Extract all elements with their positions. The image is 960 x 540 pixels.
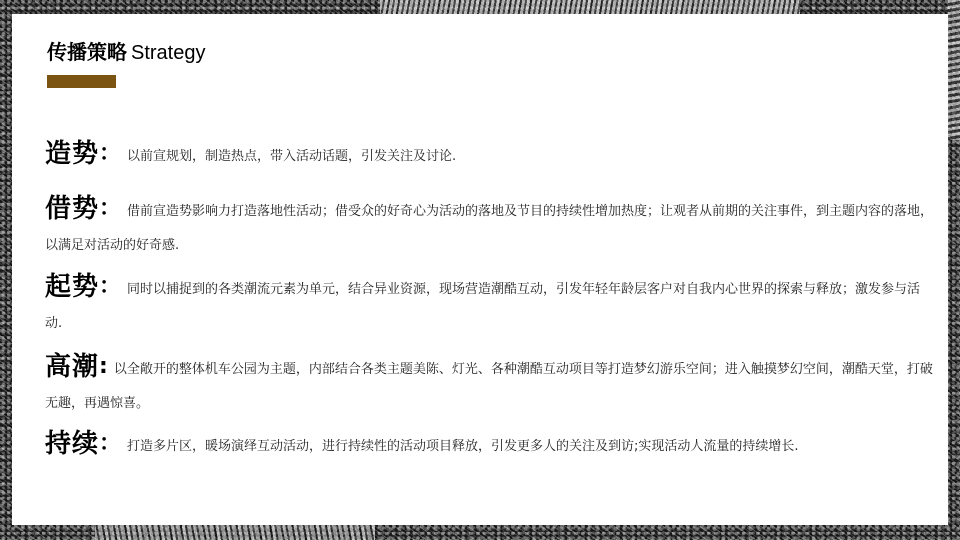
strategy-item-gaochao: 高潮:以全敞开的整体机车公园为主题，内部结合各类主题美陈、灯光、各种潮酷互动项目… [45,350,935,421]
item-text: 同时以捕捉到的各类潮流元素为单元，结合异业资源，现场营造潮酷互动，引发年轻年龄层… [45,282,920,331]
item-text: 以全敞开的整体机车公园为主题，内部结合各类主题美陈、灯光、各种潮酷互动项目等打造… [45,362,933,411]
content-panel: 传播策略Strategy 造势：以前宣规划，制造热点，带入活动话题，引发关注及讨… [12,14,948,525]
background-splash [95,525,375,540]
strategy-item-zaoshi: 造势：以前宣规划，制造热点，带入活动话题，引发关注及讨论. [45,137,935,174]
background-splash [948,0,960,140]
page-title: 传播策略Strategy [47,36,205,65]
strategy-item-jieshi: 借势：借前宣造势影响力打造落地性活动；借受众的好奇心为活动的落地及节目的持续性增… [45,192,935,263]
item-colon: ： [99,196,121,221]
item-colon: ： [99,141,121,166]
strategy-item-chixu: 持续：打造多片区，暖场演绎互动活动，进行持续性的活动项目释放，引发更多人的关注及… [45,427,935,464]
item-heading: 造势 [45,139,99,169]
item-colon: : [99,354,108,379]
title-accent-bar [47,75,116,88]
item-heading: 高潮 [45,352,99,382]
item-heading: 借势 [45,194,99,224]
item-text: 借前宣造势影响力打造落地性活动；借受众的好奇心为活动的落地及节目的持续性增加热度… [45,204,933,253]
item-colon: ： [99,431,121,456]
item-text: 打造多片区，暖场演绎互动活动，进行持续性的活动项目释放，引发更多人的关注及到访;… [127,439,799,454]
item-heading: 起势 [45,272,99,302]
strategy-item-qishi: 起势：同时以捕捉到的各类潮流元素为单元，结合异业资源，现场营造潮酷互动，引发年轻… [45,270,935,341]
item-text: 以前宣规划，制造热点，带入活动话题，引发关注及讨论. [127,149,456,164]
title-chinese: 传播策略 [47,40,127,64]
background-splash [380,0,800,14]
item-colon: ： [99,274,121,299]
title-english: Strategy [131,42,205,64]
item-heading: 持续 [45,429,99,459]
